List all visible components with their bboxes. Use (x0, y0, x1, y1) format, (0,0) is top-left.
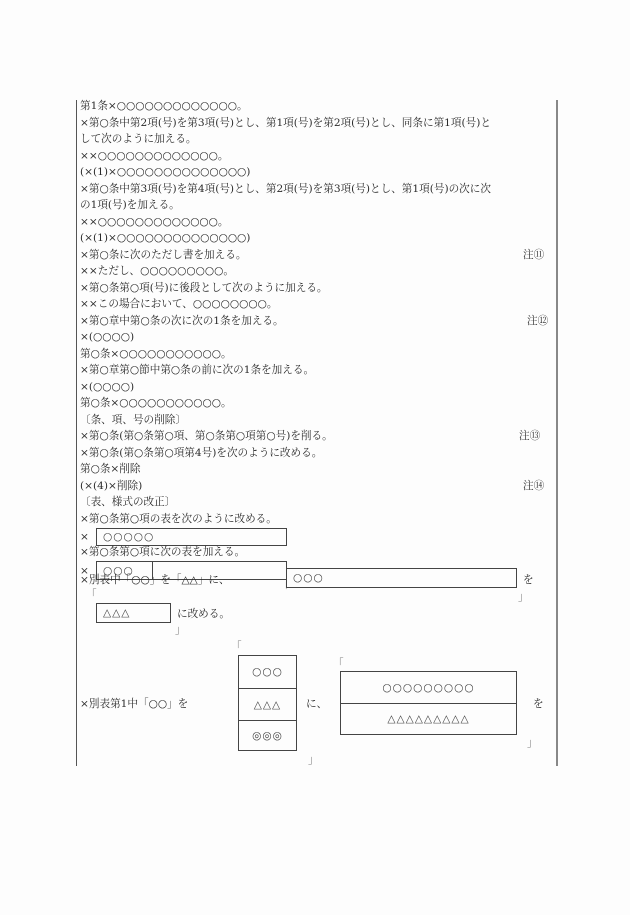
appendix1-particle-wo: を (523, 573, 534, 587)
latter-part-text: ××この場合において、○○○○○○○○。 (80, 297, 277, 311)
appendix2-old-row-1: ○○○ (239, 656, 296, 688)
appendix1-new-table: △△△ (96, 603, 171, 623)
paragraph-text-2: ××○○○○○○○○○○○○○。 (80, 215, 229, 229)
article-caption-2: ×(○○○○) (80, 380, 134, 394)
document-frame-left (76, 100, 77, 766)
table-replace-prefix: × (80, 530, 89, 544)
add-article-instruction: ×第○章中第○条の次に次の1条を加える。 (80, 314, 284, 328)
note-12: 注⑫ (527, 314, 548, 328)
appendix1-old-cell: ○○○ (287, 569, 324, 587)
instruction-renumber-cont-2: の1項(号)を加える。 (80, 198, 180, 212)
quote-close-new: 」 (175, 624, 186, 636)
appendix2-new-row-1: ○○○○○○○○○ (341, 672, 516, 703)
note-14: 注⑭ (523, 479, 544, 493)
quote-open-new: 「 (86, 589, 97, 601)
delete-instruction: ×第○条(第○条第○項、第○条第○項第○号)を削る。 (80, 429, 333, 443)
quote-open-new-2: 「 (333, 658, 344, 670)
appendix2-new-row-2: △△△△△△△△△ (341, 703, 516, 734)
latter-part-instruction: ×第○条第○項(号)に後段として次のように加える。 (80, 281, 328, 295)
add-article-before-instruction: ×第○章第○節中第○条の前に次の1条を加える。 (80, 363, 314, 377)
section-heading-deletion: 〔条、項、号の削除〕 (80, 413, 186, 427)
replacement-table-cell: ○○○○○ (97, 529, 154, 545)
appendix2-old-table: ○○○ △△△ ◎◎◎ (238, 655, 297, 751)
table-replace-instruction: ×第○条第○項の表を次のように改める。 (80, 512, 277, 526)
appendix2-particle-wo: を (533, 697, 544, 711)
instruction-renumber-cont: して次のように加える。 (80, 132, 197, 146)
replacement-table: ○○○○○ (96, 528, 287, 546)
new-article-text: 第○条×○○○○○○○○○○○。 (80, 347, 232, 361)
table-add-instruction: ×第○条第○項に次の表を加える。 (80, 545, 245, 559)
appendix2-old-row-3: ◎◎◎ (239, 720, 296, 750)
appendix2-old-row-2: △△△ (239, 688, 296, 720)
appendix1-suffix: に改める。 (177, 607, 230, 621)
proviso-instruction: ×第○条に次のただし書を加える。 (80, 248, 246, 262)
quote-close-old-2: 」 (308, 754, 319, 766)
note-11: 注⑪ (523, 248, 544, 262)
quote-close-old: 」 (518, 591, 529, 603)
instruction-renumber-line: ×第○条中第2項(号)を第3項(号)とし、第1項(号)を第2項(号)とし、同条に… (80, 116, 491, 130)
article-caption: ×(○○○○) (80, 330, 134, 344)
document-frame-right (556, 100, 558, 766)
appendix2-instruction: ×別表第1中「○○」を (80, 697, 188, 711)
new-article-text-2: 第○条×○○○○○○○○○○○。 (80, 396, 232, 410)
proviso-text: ××ただし、○○○○○○○○○。 (80, 264, 234, 278)
appendix1-new-cell: △△△ (97, 604, 130, 622)
article-1-line: 第1条×○○○○○○○○○○○○○。 (80, 99, 248, 113)
appendix1-instruction: ×別表中「○○」を「△△」に、 (80, 573, 230, 587)
paragraph-text: ××○○○○○○○○○○○○○。 (80, 149, 229, 163)
quote-open-old-2: 「 (231, 641, 242, 653)
amend-to-deleted-instruction: ×第○条(第○条第○項第4号)を次のように改める。 (80, 446, 322, 460)
appendix2-new-table: ○○○○○○○○○ △△△△△△△△△ (340, 671, 517, 735)
item-text-2: (×(1)×○○○○○○○○○○○○○○) (80, 231, 250, 245)
item-text: (×(1)×○○○○○○○○○○○○○○) (80, 165, 250, 179)
item-deleted-text: (×(4)×削除) (80, 479, 142, 493)
instruction-renumber-line-2: ×第○条中第3項(号)を第4項(号)とし、第2項(号)を第3項(号)とし、第1項… (80, 182, 491, 196)
section-heading-table: 〔表、様式の改正〕 (80, 495, 175, 509)
appendix1-old-table: ○○○ (286, 568, 517, 588)
quote-close-new-2: 」 (527, 737, 538, 749)
note-13: 注⑬ (519, 429, 540, 443)
appendix2-particle-ni: に、 (306, 697, 327, 711)
article-deleted-text: 第○条×削除 (80, 462, 141, 476)
